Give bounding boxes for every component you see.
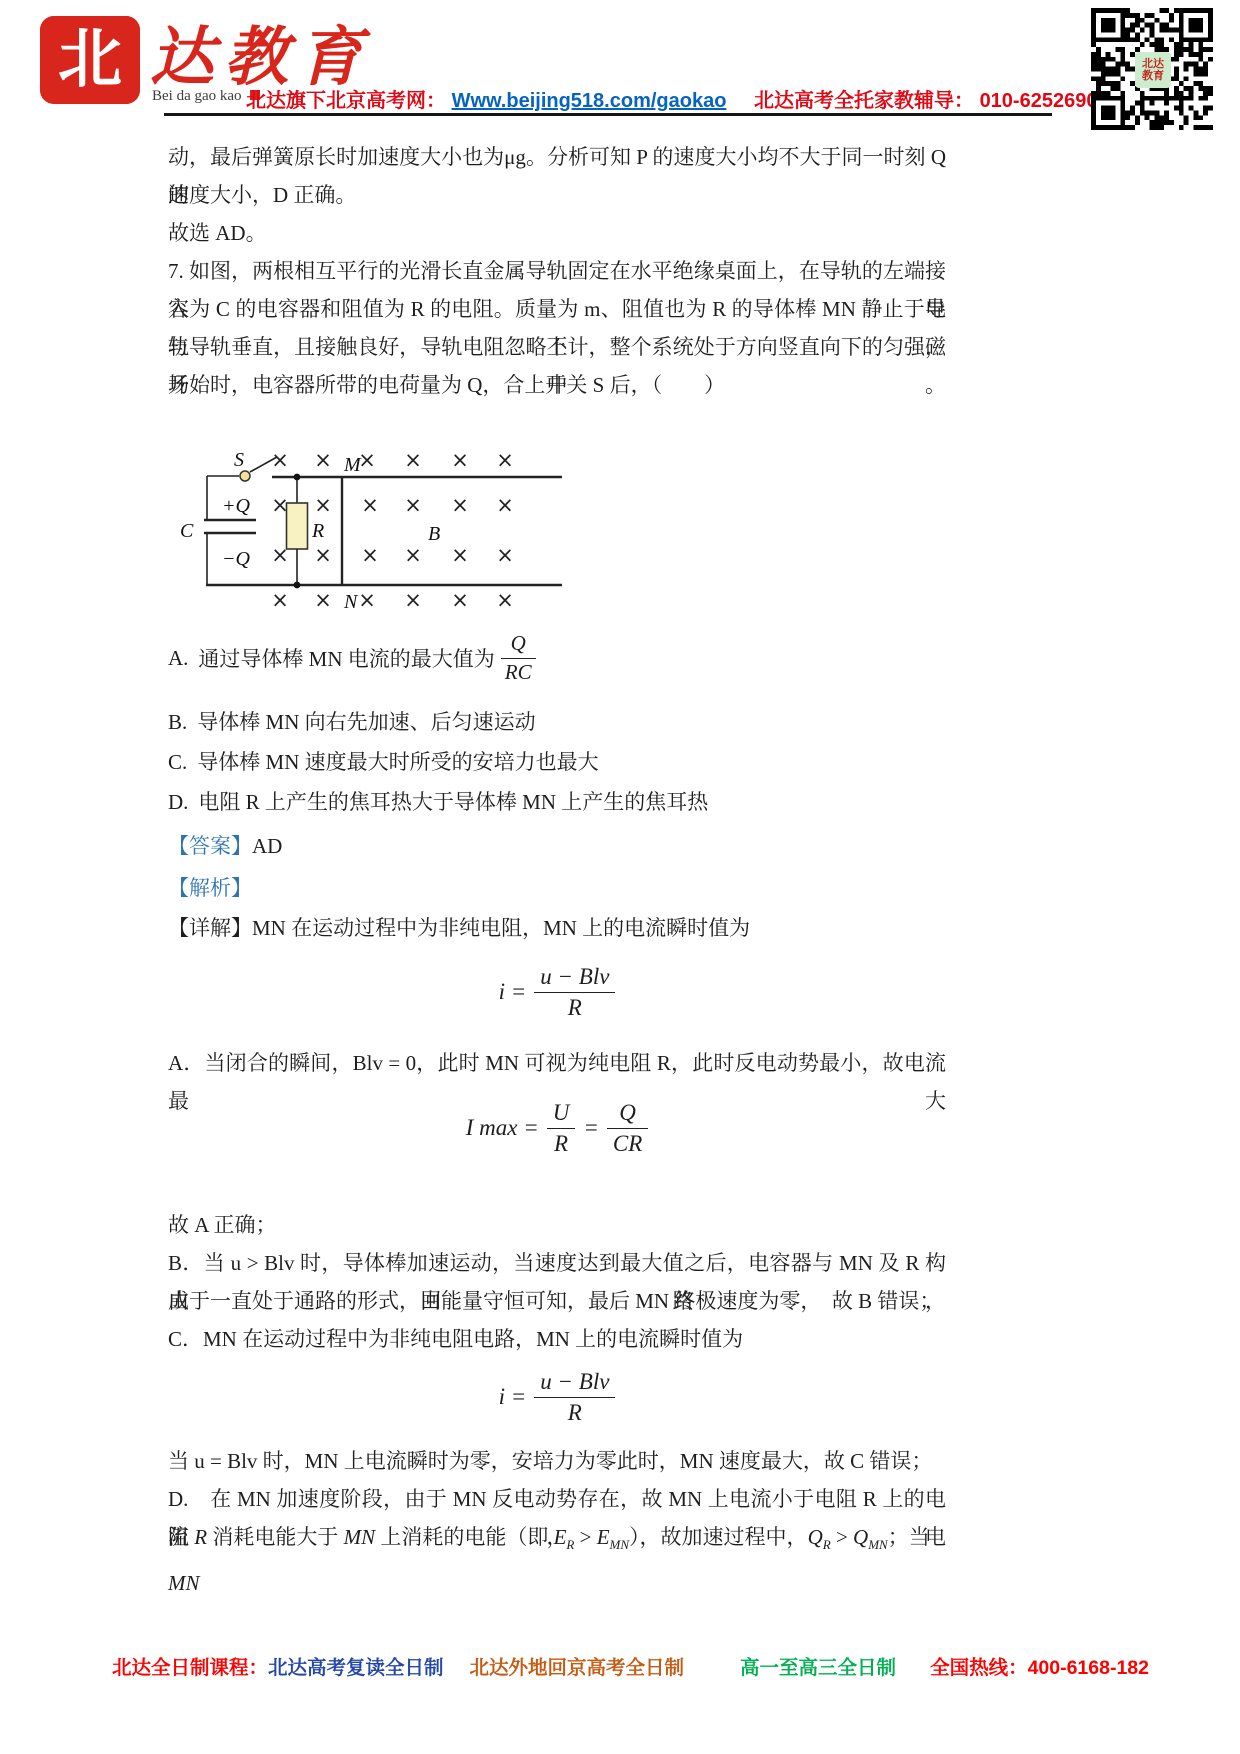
capacitor-label: C [180,520,194,542]
question-line-2: 容为 C 的电容器和阻值为 R 的电阻。质量为 m、阻值也为 R 的导体棒 MN… [168,290,946,328]
qr-label-line2: 教育 [1142,70,1164,82]
field-x-icon: × [314,588,332,612]
analysis-tag-line: 【解析】 [168,868,946,908]
footer-hotline: 全国热线：400-6168-182 [930,1652,1149,1680]
answer-tag: 【答案】 [168,834,252,858]
formula-fraction-2: Q CR [607,1098,648,1159]
fraction-numerator: u − Blv [534,962,615,992]
option-d: D.电阻 R 上产生的焦耳热大于导体棒 MN 上产生的焦耳热 [168,782,946,822]
field-x-icon: × [314,448,332,472]
explanation-b-line-1: B．当 u > Blv 时，导体棒加速运动，当速度达到最大值之后，电容器与 MN… [168,1244,946,1282]
option-a-text: 通过导体棒 MN 电流的最大值为 [198,643,494,673]
field-x-icon: × [314,493,332,517]
formula-fraction-1: U R [547,1098,576,1159]
field-x-icon: × [496,448,514,472]
footer-repeat-program: 北达高考复读全日制 [268,1652,444,1680]
question-line-1: 7. 如图，两根相互平行的光滑长直金属导轨固定在水平绝缘桌面上，在导轨的左端接入… [168,252,946,290]
option-a-label: A. [168,646,188,671]
fraction-numerator: U [547,1098,576,1128]
explanation-d-line-2: 阻 R 消耗电能大于 MN 上消耗的电能（即 ER > EMN），故加速过程中，… [168,1518,946,1556]
node-n-label: N [343,591,359,613]
explanation-a-line: A．当闭合的瞬间，Blv = 0，此时 MN 可视为纯电阻 R，此时反电动势最小… [168,1044,946,1082]
field-x-icon: × [451,588,469,612]
formula-equals: = [583,1115,599,1141]
explanation-d-line-1: D. 在 MN 加速度阶段，由于 MN 反电动势存在，故 MN 上电流小于电阻 … [168,1480,946,1518]
resistor-body [287,503,308,549]
field-x-icon: × [451,493,469,517]
logo-subtitle: Bei da gao kao [152,88,260,105]
field-x-icon: × [271,448,289,472]
field-x-icon: × [404,588,422,612]
fraction-denominator: RC [501,658,536,686]
footer-grade-program: 高一至高三全日制 [740,1652,896,1680]
question-line-3: 与导轨垂直，且接触良好，导轨电阻忽略不计，整个系统处于方向竖直向下的匀强磁场中。 [168,328,946,366]
nav-label-gaokao-site: 北达旗下北京高考网： [246,90,446,112]
plus-charge-label: +Q [222,495,250,517]
option-b-text: 导体棒 MN 向右先加速、后匀速运动 [197,710,535,734]
qr-code: 北达 教育 [1086,8,1218,130]
footer: 北达全日制课程： 北达高考复读全日制 北达外地回京高考全日制 高一至高三全日制 … [112,1652,1172,1680]
fraction-numerator: u − Blv [534,1367,615,1397]
fraction-denominator: R [547,1128,576,1159]
explanation-c-line-2: 当 u = Blv 时，MN 上电流瞬时为零，安培力为零此时，MN 速度最大，故… [168,1442,946,1480]
junction-dot-bottom [294,582,301,589]
footer-return-program: 北达外地回京高考全日制 [470,1652,685,1680]
logo-seal-char: 北 [58,28,122,92]
conclusion-a-line: 故 A 正确； [168,1206,946,1244]
analysis-tag: 【解析】 [168,876,252,900]
resistor-label: R [311,520,324,542]
field-x-icon: × [404,448,422,472]
prev-solution-line-1: 动，最后弹簧原长时加速度大小也为μg。分析可知 P 的速度大小均不大于同一时刻 … [168,138,946,176]
formula-fraction: u − Blv R [534,1367,615,1428]
fraction-denominator: R [534,1397,615,1428]
footer-courses-label: 北达全日制课程： [112,1652,268,1680]
field-x-icon: × [361,543,379,567]
answer-value: AD [252,834,282,858]
answer-line: 【答案】AD [168,826,946,866]
field-x-icon: × [358,448,376,472]
document-body: 动，最后弹簧原长时加速度大小也为μg。分析可知 P 的速度大小均不大于同一时刻 … [168,138,946,1556]
header-divider [164,113,1052,116]
field-b-label: B [428,523,440,545]
field-x-icon: × [451,448,469,472]
field-x-icon: × [404,493,422,517]
field-x-icon: × [314,543,332,567]
qr-label-line1: 北达 [1142,58,1164,70]
option-c: C.导体棒 MN 速度最大时所受的安培力也最大 [168,742,946,782]
field-x-icon: × [358,588,376,612]
nav-label-tutoring: 北达高考全托家教辅导： [754,90,974,112]
circuit-diagram: ×××××××××××××××××××××××× [168,404,946,622]
fraction-numerator: Q [501,630,536,657]
explanation-b-line-2: 由于一直处于通路的形式，由能量守恒可知，最后 MN 终极速度为零， 故 B 错误… [168,1282,946,1320]
field-x-icon: × [451,543,469,567]
option-c-label: C. [168,750,187,774]
document-page: 北 达教育 Bei da gao kao 北达旗下北京高考网： Www.beij… [0,0,1240,1754]
formula-lhs: i = [499,1384,527,1410]
field-x-icon: × [496,543,514,567]
formula-lhs: I max = [466,1115,539,1141]
minus-charge-label: −Q [222,548,250,570]
field-x-icon: × [496,493,514,517]
option-c-text: 导体棒 MN 速度最大时所受的安培力也最大 [197,750,598,774]
gaokao-site-link[interactable]: Www.beijing518.com/gaokao [452,90,727,112]
header-nav: 北达旗下北京高考网： Www.beijing518.com/gaokao 北达高… [246,84,1066,113]
node-m-label: M [343,454,362,476]
field-x-icon: × [496,588,514,612]
option-d-label: D. [168,790,188,814]
option-d-text: 电阻 R 上产生的焦耳热大于导体棒 MN 上产生的焦耳热 [198,790,708,814]
logo-subtitle-text: Bei da gao kao [152,88,242,104]
option-a-fraction: Q RC [501,630,536,686]
formula-fraction: u − Blv R [534,962,615,1023]
explanation-c-line-1: C．MN 在运动过程中为非纯电阻电路，MN 上的电流瞬时值为 [168,1320,946,1358]
option-a: A. 通过导体棒 MN 电流的最大值为 Q RC [168,622,946,694]
field-x-icon: × [404,543,422,567]
formula-instant-current: i = u − Blv R [168,956,946,1028]
switch-contact [240,471,250,481]
detail-tag: 【详解】 [168,916,252,940]
logo-seal: 北 [40,16,140,104]
detail-line: 【详解】MN 在运动过程中为非纯电阻，MN 上的电流瞬时值为 [168,908,946,948]
fraction-denominator: CR [607,1128,648,1159]
fraction-denominator: R [534,992,615,1023]
fraction-numerator: Q [607,1098,648,1128]
junction-dot-top [294,474,301,481]
option-b: B.导体棒 MN 向右先加速、后匀速运动 [168,702,946,742]
field-x-icon: × [361,493,379,517]
qr-center-label: 北达 教育 [1135,52,1171,88]
prev-solution-line-3: 故选 AD。 [168,214,946,252]
formula-instant-current-2: i = u − Blv R [168,1360,946,1434]
formula-lhs: i = [499,979,527,1005]
prev-solution-line-2: 速度大小，D 正确。 [168,176,946,214]
switch-label: S [234,449,244,471]
field-x-icon: × [271,588,289,612]
option-b-label: B. [168,710,187,734]
detail-intro-text: MN 在运动过程中为非纯电阻，MN 上的电流瞬时值为 [252,916,750,940]
